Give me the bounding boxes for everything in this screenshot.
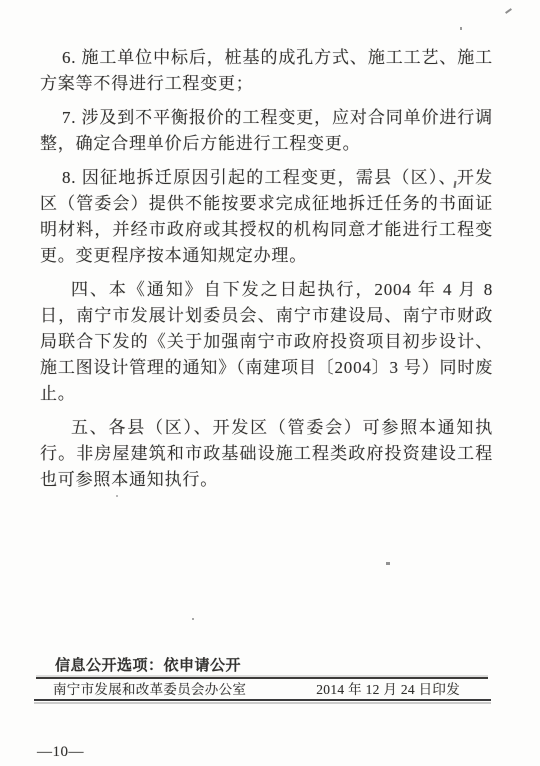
issuing-office-label: 南宁市发展和改革委员会办公室 <box>53 680 246 699</box>
document-footer: 信息公开选项：依申请公开 南宁市发展和改革委员会办公室 2014 年 12 月 … <box>36 655 488 701</box>
document-body: 6. 施工单位中标后，桩基的成孔方式、施工工艺、施工方案等不得进行工程变更； 7… <box>40 45 493 493</box>
print-date-label: 2014 年 12 月 24 日印发 <box>316 680 460 699</box>
scan-artifact-dash <box>386 562 390 565</box>
footer-issue-row: 南宁市发展和改革委员会办公室 2014 年 12 月 24 日印发 <box>36 679 488 699</box>
paragraph-section-4: 四、本《通知》自下发之日起执行，2004 年 4 月 8 日，南宁市发展计划委员… <box>40 277 493 407</box>
page-number: —10— <box>37 744 84 760</box>
paragraph-section-5: 五、各县（区）、开发区（管委会）可参照本通知执行。非房屋建筑和市政基础设施工程类… <box>40 415 493 493</box>
scan-artifact-dot <box>192 618 194 620</box>
footer-divider-bottom <box>34 699 491 701</box>
paragraph-item-6: 6. 施工单位中标后，桩基的成孔方式、施工工艺、施工方案等不得进行工程变更； <box>40 45 493 97</box>
paragraph-item-8: 8. 因征地拆迁原因引起的工程变更，需县（区）、开发区（管委会）提供不能按要求完… <box>40 165 493 269</box>
disclosure-option-label: 信息公开选项：依申请公开 <box>36 655 488 677</box>
scan-artifact-dot <box>460 27 462 30</box>
scanned-document-page: 6. 施工单位中标后，桩基的成孔方式、施工工艺、施工方案等不得进行工程变更； 7… <box>0 0 540 766</box>
scan-artifact-tick <box>505 8 512 14</box>
scan-artifact-dot <box>116 495 118 497</box>
paragraph-item-7: 7. 涉及到不平衡报价的工程变更，应对合同单价进行调整，确定合理单价后方能进行工… <box>40 105 493 157</box>
